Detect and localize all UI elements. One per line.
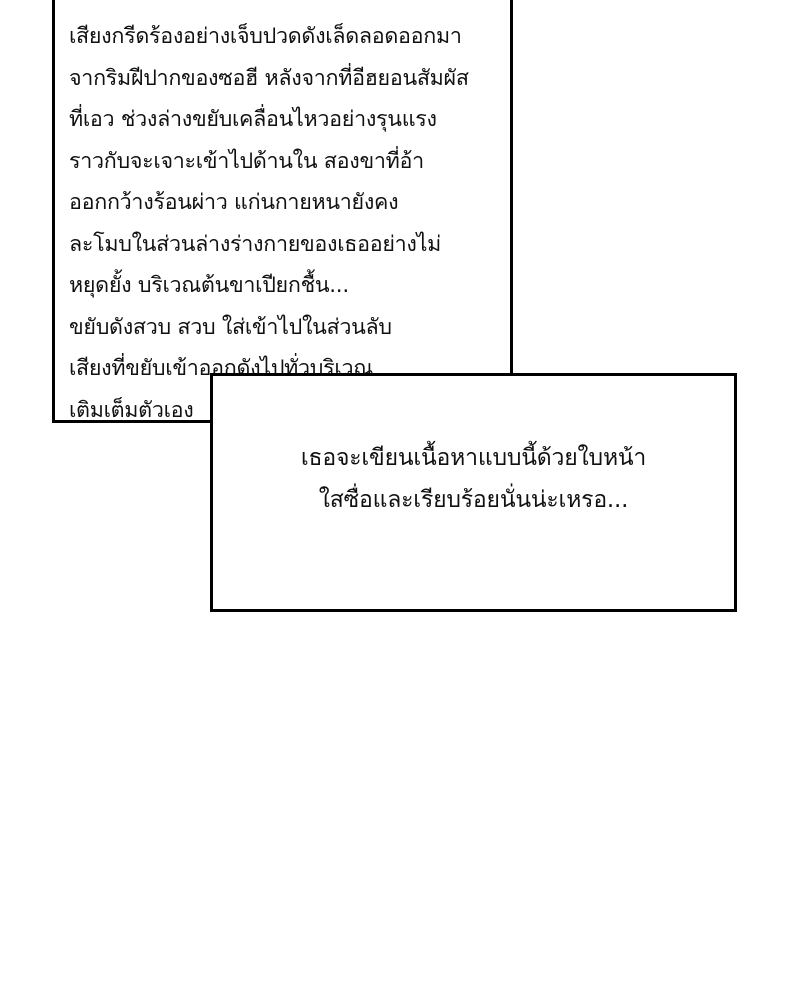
narration-line: ขยับดังสวบ สวบ ใส่เข้าไปในส่วนลับ bbox=[69, 307, 510, 349]
narration-line: เสียงกรีดร้องอย่างเจ็บปวดดังเล็ดลอดออกมา bbox=[69, 16, 510, 58]
dialogue-line: ใสซื่อและเรียบร้อยนั่นน่ะเหรอ... bbox=[319, 479, 629, 521]
narration-line: จากริมฝีปากของซอฮี หลังจากที่อีฮยอนสัมผั… bbox=[69, 58, 510, 100]
narration-line: หยุดยั้ง บริเวณต้นขาเปียกชื้น... bbox=[69, 265, 510, 307]
dialogue-caption-box: เธอจะเขียนเนื้อหาแบบนี้ด้วยใบหน้า ใสซื่อ… bbox=[210, 373, 737, 612]
narration-caption-box: เสียงกรีดร้องอย่างเจ็บปวดดังเล็ดลอดออกมา… bbox=[52, 0, 513, 423]
narration-line: ออกกว้างร้อนผ่าว แก่นกายหนายังคง bbox=[69, 182, 510, 224]
narration-line: ราวกับจะเจาะเข้าไปด้านใน สองขาที่อ้า bbox=[69, 141, 510, 183]
narration-line: ที่เอว ช่วงล่างขยับเคลื่อนไหวอย่างรุนแรง bbox=[69, 99, 510, 141]
dialogue-line: เธอจะเขียนเนื้อหาแบบนี้ด้วยใบหน้า bbox=[301, 437, 646, 479]
narration-line: ละโมบในส่วนล่างร่างกายของเธออย่างไม่ bbox=[69, 224, 510, 266]
